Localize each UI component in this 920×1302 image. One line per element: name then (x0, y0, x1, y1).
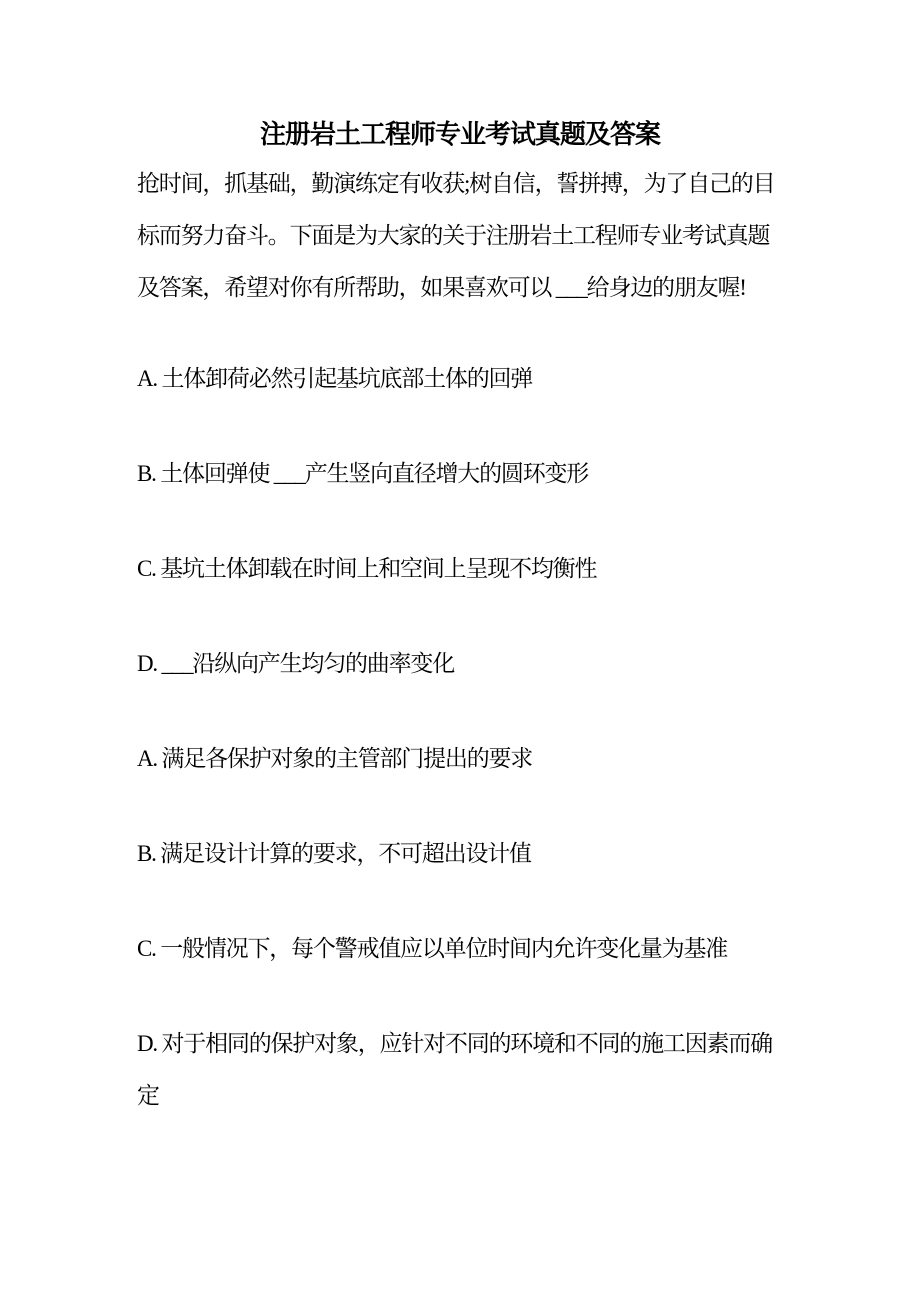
intro-line: 及答案，希望对你有所帮助，如果喜欢可以 ___给身边的朋友喔! (137, 262, 774, 314)
option-line: C. 基坑土体卸载在时间上和空间上呈现不均衡性 (137, 543, 596, 595)
option-c-q2: C. 一般情况下，每个警戒值应以单位时间内允许变化量为基准 (137, 923, 727, 975)
intro-paragraph: 抢时间，抓基础，勤演练定有收获;树自信，誓拼搏，为了自己的目 标而努力奋斗。下面… (137, 158, 774, 314)
option-line: A. 土体卸荷必然引起基坑底部土体的回弹 (137, 353, 532, 405)
option-a-q1: A. 土体卸荷必然引起基坑底部土体的回弹 (137, 353, 532, 405)
option-a-q2: A. 满足各保护对象的主管部门提出的要求 (137, 733, 532, 785)
intro-line: 标而努力奋斗。下面是为大家的关于注册岩土工程师专业考试真题 (137, 210, 774, 262)
option-line: B. 满足设计计算的要求，不可超出设计值 (137, 828, 531, 880)
option-b-q2: B. 满足设计计算的要求，不可超出设计值 (137, 828, 531, 880)
option-c-q1: C. 基坑土体卸载在时间上和空间上呈现不均衡性 (137, 543, 596, 595)
option-d-q1: D. ___沿纵向产生均匀的曲率变化 (137, 638, 454, 690)
document-page: 注册岩土工程师专业考试真题及答案 抢时间，抓基础，勤演练定有收获;树自信，誓拼搏… (0, 0, 920, 1302)
option-line: D. 对于相同的保护对象，应针对不同的环境和不同的施工因素而确 (137, 1018, 772, 1070)
option-line: B. 土体回弹使 ___产生竖向直径增大的圆环变形 (137, 448, 588, 500)
intro-line: 抢时间，抓基础，勤演练定有收获;树自信，誓拼搏，为了自己的目 (137, 158, 774, 210)
option-line: D. ___沿纵向产生均匀的曲率变化 (137, 638, 454, 690)
option-line: C. 一般情况下，每个警戒值应以单位时间内允许变化量为基准 (137, 923, 727, 975)
option-line: A. 满足各保护对象的主管部门提出的要求 (137, 733, 532, 785)
option-b-q1: B. 土体回弹使 ___产生竖向直径增大的圆环变形 (137, 448, 588, 500)
option-line-continuation: 定 (137, 1070, 772, 1122)
document-title: 注册岩土工程师专业考试真题及答案 (0, 119, 920, 151)
option-d-q2: D. 对于相同的保护对象，应针对不同的环境和不同的施工因素而确 定 (137, 1018, 772, 1122)
